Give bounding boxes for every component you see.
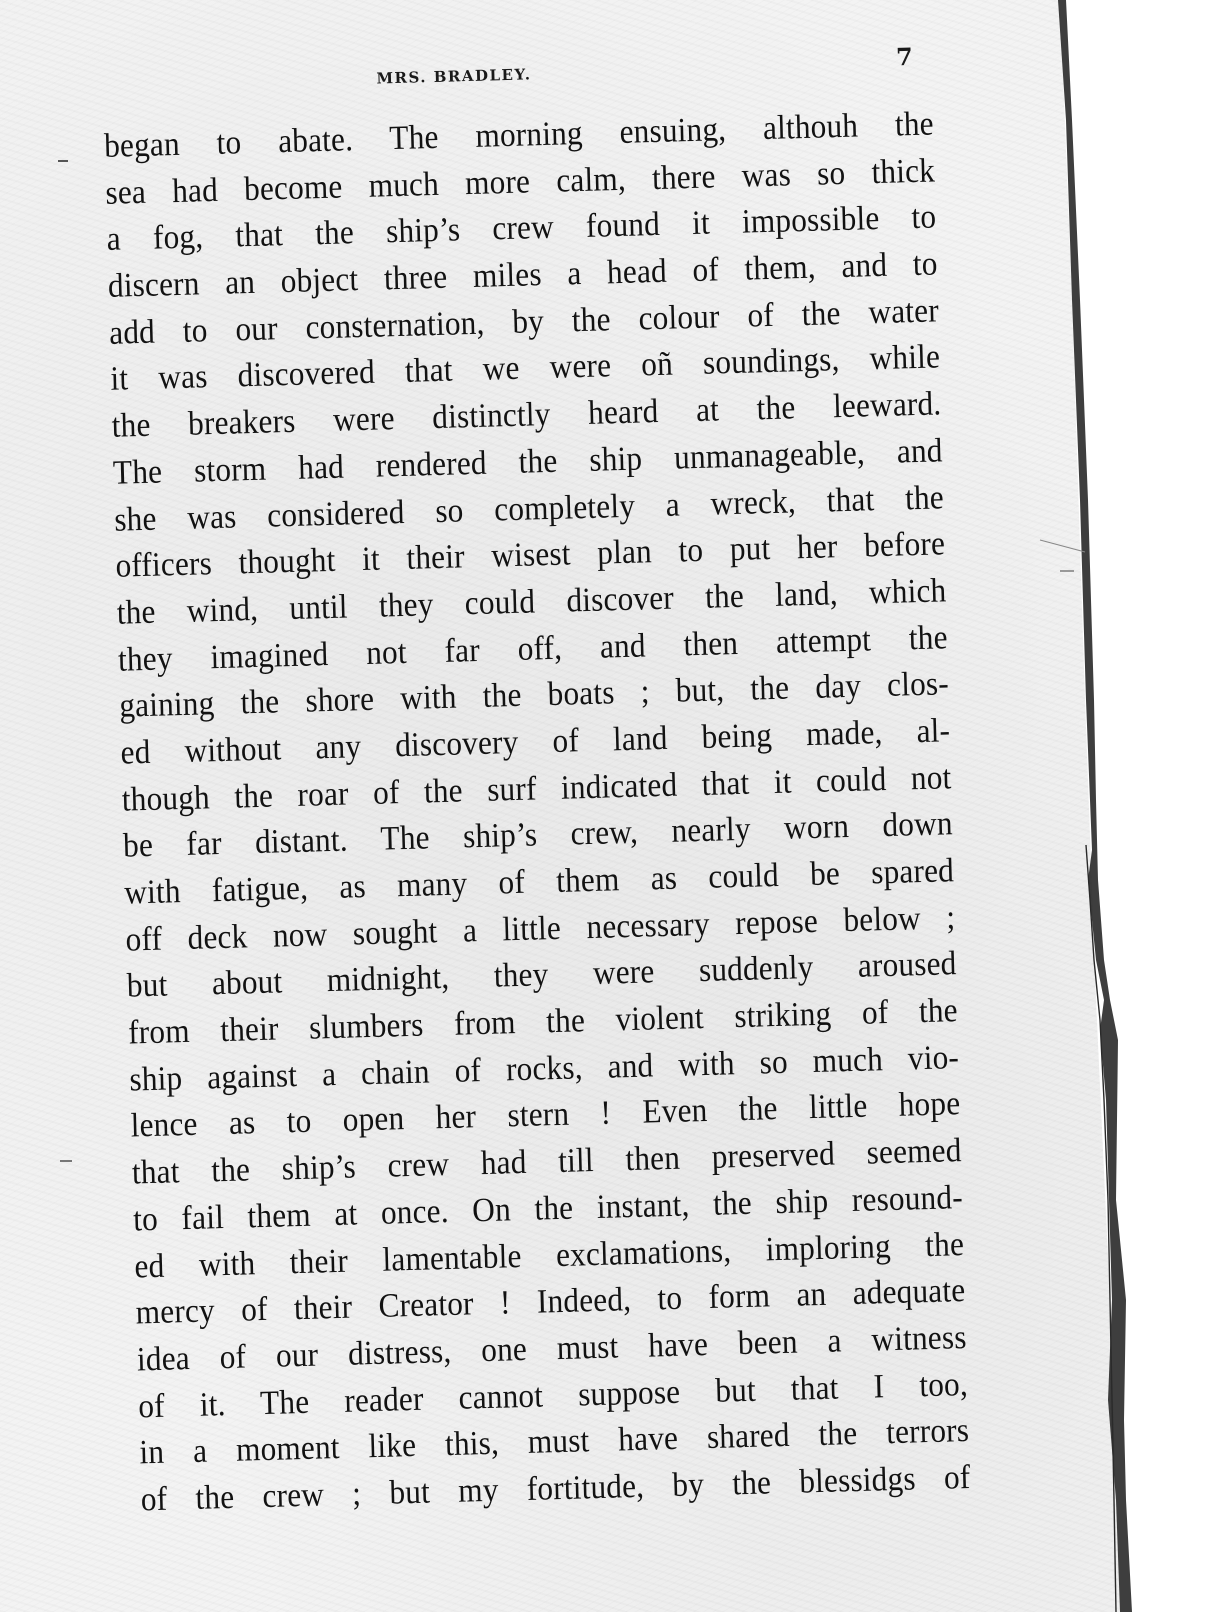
- page-content: MRS. BRADLEY. 7 began to abate. The morn…: [0, 0, 1209, 1612]
- running-head: MRS. BRADLEY.: [376, 65, 532, 87]
- page-number: 7: [896, 42, 913, 71]
- body-text: began to abate. The morning ensuing, alt…: [104, 101, 972, 1524]
